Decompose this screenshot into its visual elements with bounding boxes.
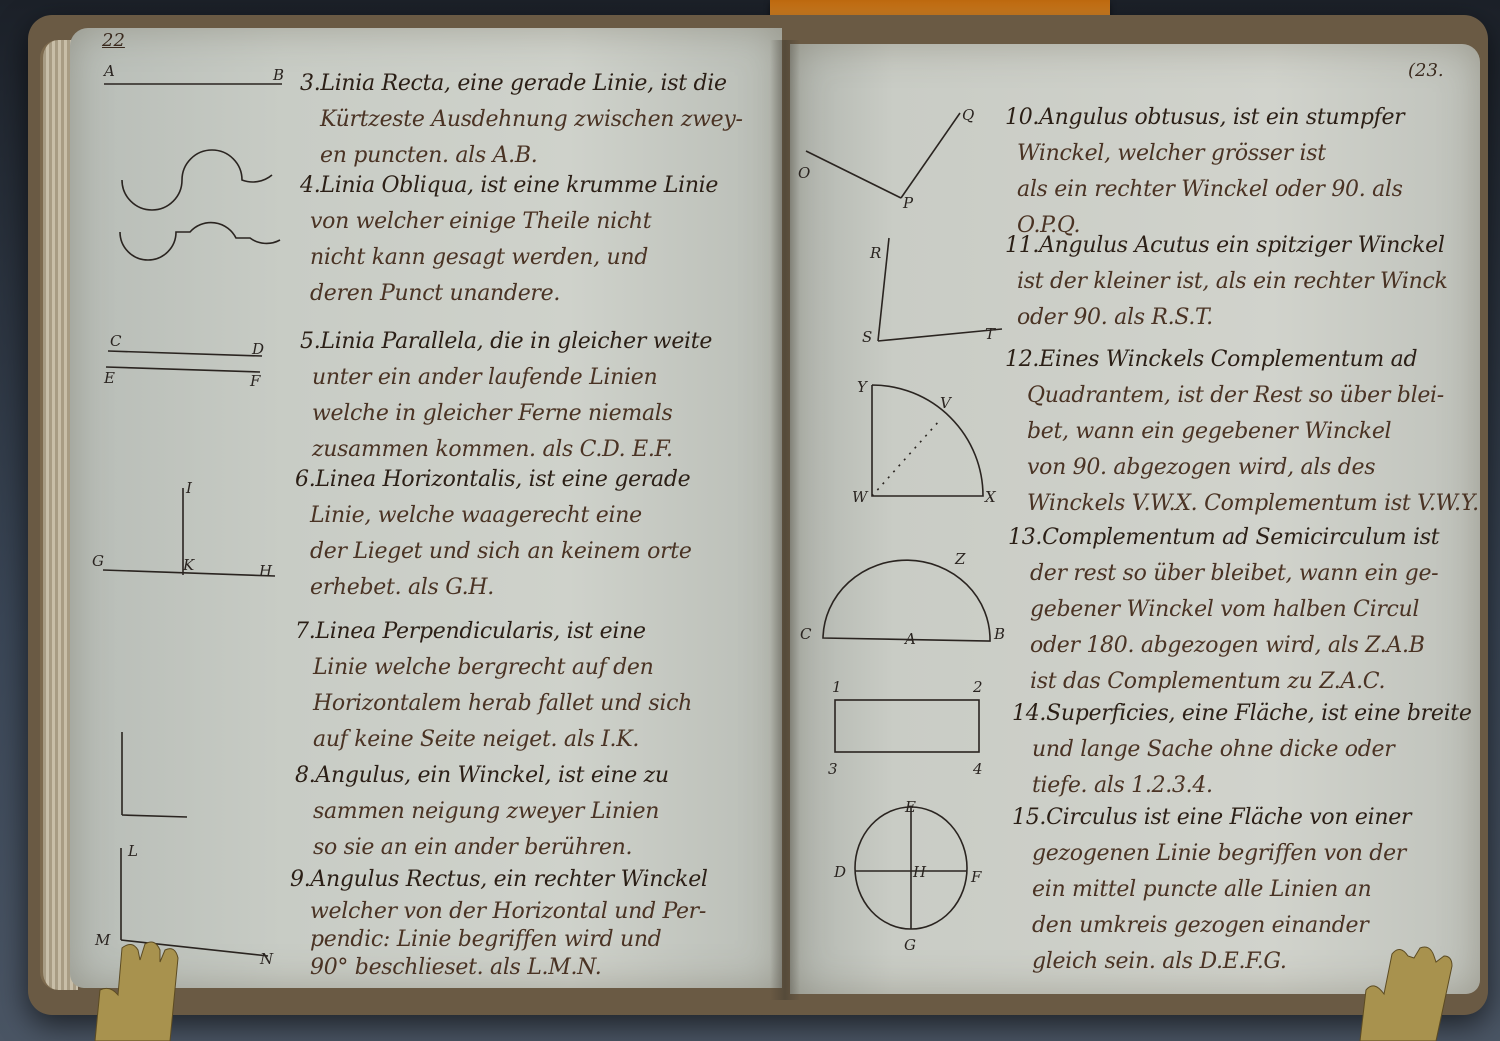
svg-text:G: G <box>904 936 916 954</box>
svg-text:I: I <box>185 479 193 497</box>
svg-text:B: B <box>272 66 284 84</box>
entry-14: 14.Superficies, eine Fläche, ist eine br… <box>1012 696 1472 804</box>
entry-7: 7.Linea Perpendicularis, ist eine Linie … <box>295 614 692 758</box>
entry-12: 12.Eines Winckels Complementum ad Quadra… <box>1005 342 1479 522</box>
entry-6: 6.Linea Horizontalis, ist eine gerade Li… <box>295 462 692 606</box>
svg-text:K: K <box>182 556 195 574</box>
entry-13: 13.Complementum ad Semicirculum ist der … <box>1008 520 1439 700</box>
entry-8: 8.Angulus, ein Winckel, ist eine zu samm… <box>295 758 669 866</box>
svg-text:X: X <box>984 488 997 506</box>
svg-text:F: F <box>970 868 982 886</box>
svg-text:G: G <box>92 552 104 570</box>
svg-text:E: E <box>904 798 916 816</box>
svg-text:Y: Y <box>857 378 869 396</box>
svg-text:P: P <box>902 194 914 212</box>
svg-text:D: D <box>833 863 846 881</box>
svg-text:L: L <box>127 842 138 860</box>
svg-text:B: B <box>993 625 1005 643</box>
svg-text:4: 4 <box>972 760 983 778</box>
svg-text:3: 3 <box>828 760 838 778</box>
entry-15: 15.Circulus ist eine Fläche von einer ge… <box>1012 800 1411 980</box>
svg-text:A: A <box>903 630 916 648</box>
entry-4: 4.Linia Obliqua, ist eine krumme Linie v… <box>300 168 718 312</box>
svg-text:T: T <box>985 325 996 343</box>
figure-quadrant <box>872 385 983 496</box>
svg-text:V: V <box>940 394 953 412</box>
svg-text:2: 2 <box>972 678 983 696</box>
svg-text:M: M <box>94 931 111 949</box>
left-brass-clip <box>95 942 178 1041</box>
svg-text:F: F <box>249 372 261 390</box>
svg-text:C: C <box>800 625 812 643</box>
entry-10: 10.Angulus obtusus, ist ein stumpfer Win… <box>1005 100 1404 244</box>
svg-text:W: W <box>852 488 869 506</box>
figure-parallel-top <box>108 351 262 356</box>
svg-text:R: R <box>869 244 881 262</box>
svg-text:O: O <box>798 164 810 182</box>
svg-text:H: H <box>912 863 927 881</box>
entry-11: 11.Angulus Acutus ein spitziger Winckel … <box>1005 228 1448 336</box>
figure-wavy-line <box>122 150 272 210</box>
svg-text:D: D <box>251 340 264 358</box>
svg-text:N: N <box>259 950 274 968</box>
svg-text:Q: Q <box>962 106 974 124</box>
figure-semicircle <box>823 560 990 641</box>
svg-text:C: C <box>110 332 122 350</box>
svg-text:1: 1 <box>832 678 842 696</box>
svg-text:H: H <box>258 562 273 580</box>
entry-3: 3.Linia Recta, eine gerade Linie, ist di… <box>300 66 743 174</box>
label-A: A <box>102 62 115 80</box>
figure-obtuse-angle <box>806 151 901 198</box>
entry-9: 9.Angulus Rectus, ein rechter Winckel we… <box>290 862 708 982</box>
entry-5: 5.Linia Parallela, die in gleicher weite… <box>300 324 712 468</box>
figure-rectangle <box>835 700 979 752</box>
figure-oblique-line <box>120 223 280 260</box>
svg-text:Z: Z <box>954 550 966 568</box>
svg-text:E: E <box>103 369 115 387</box>
svg-text:S: S <box>862 328 872 346</box>
